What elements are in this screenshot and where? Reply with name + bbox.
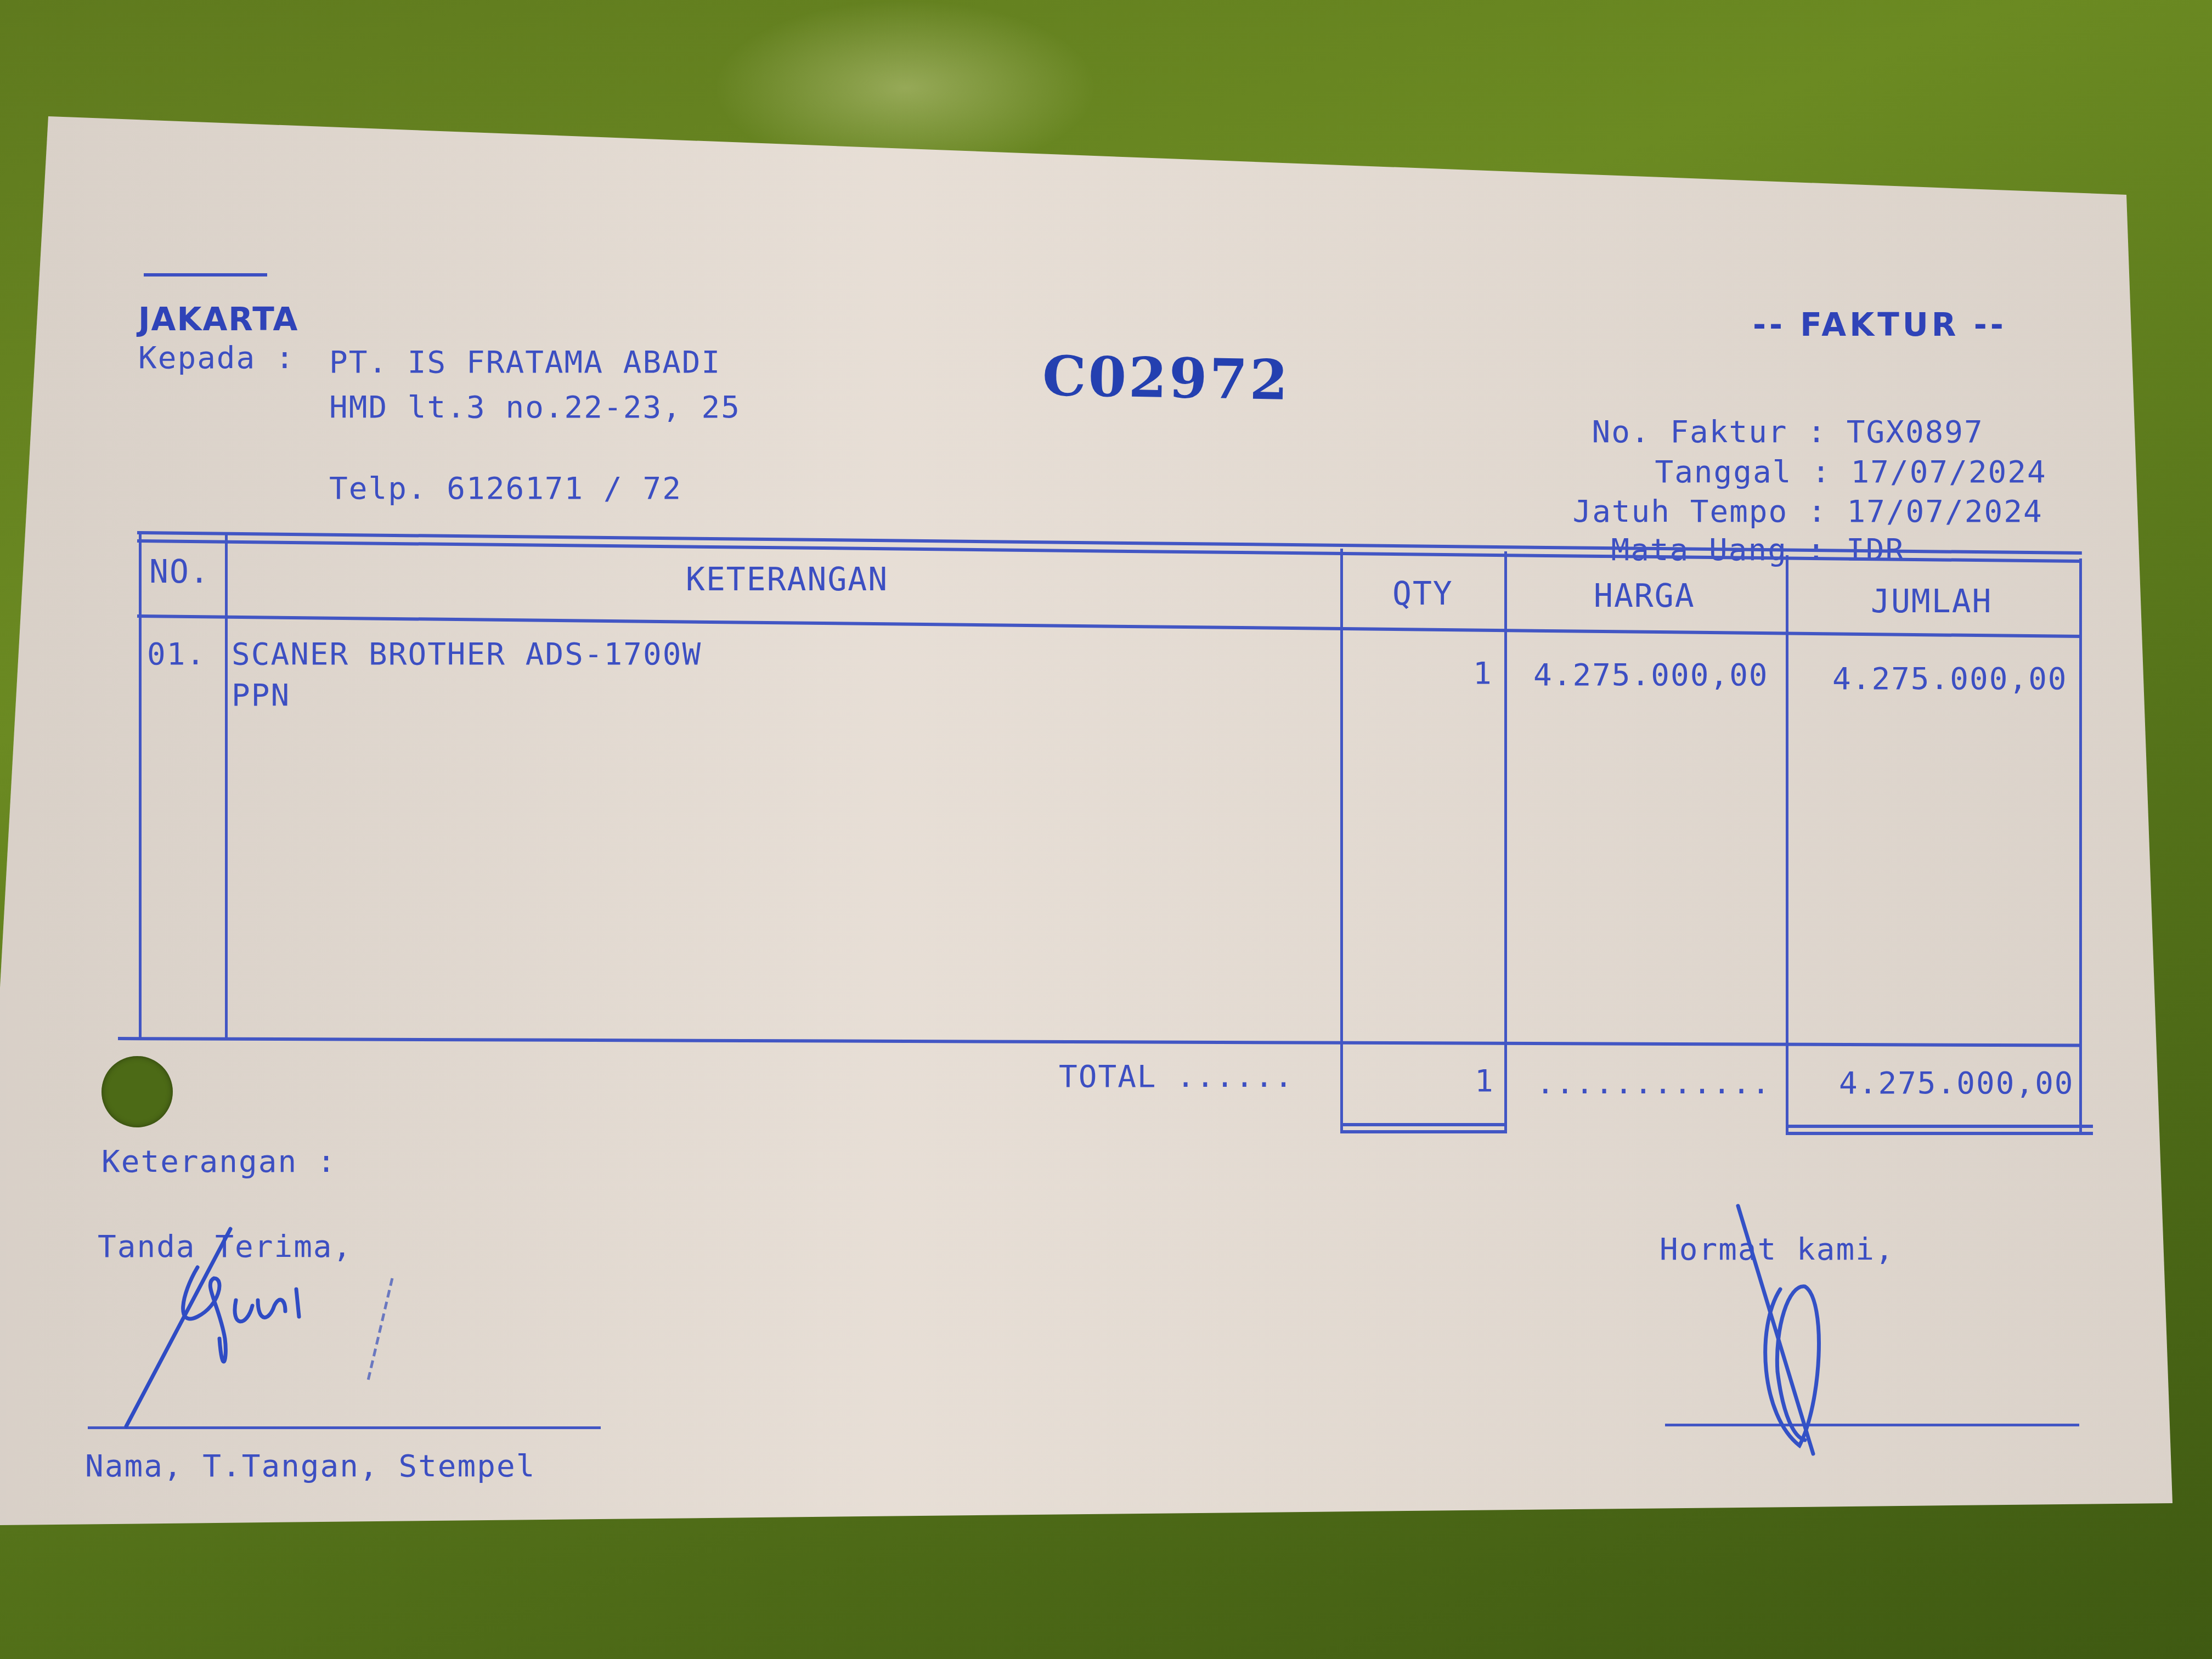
sender-signature-icon	[0, 0, 2212, 1659]
